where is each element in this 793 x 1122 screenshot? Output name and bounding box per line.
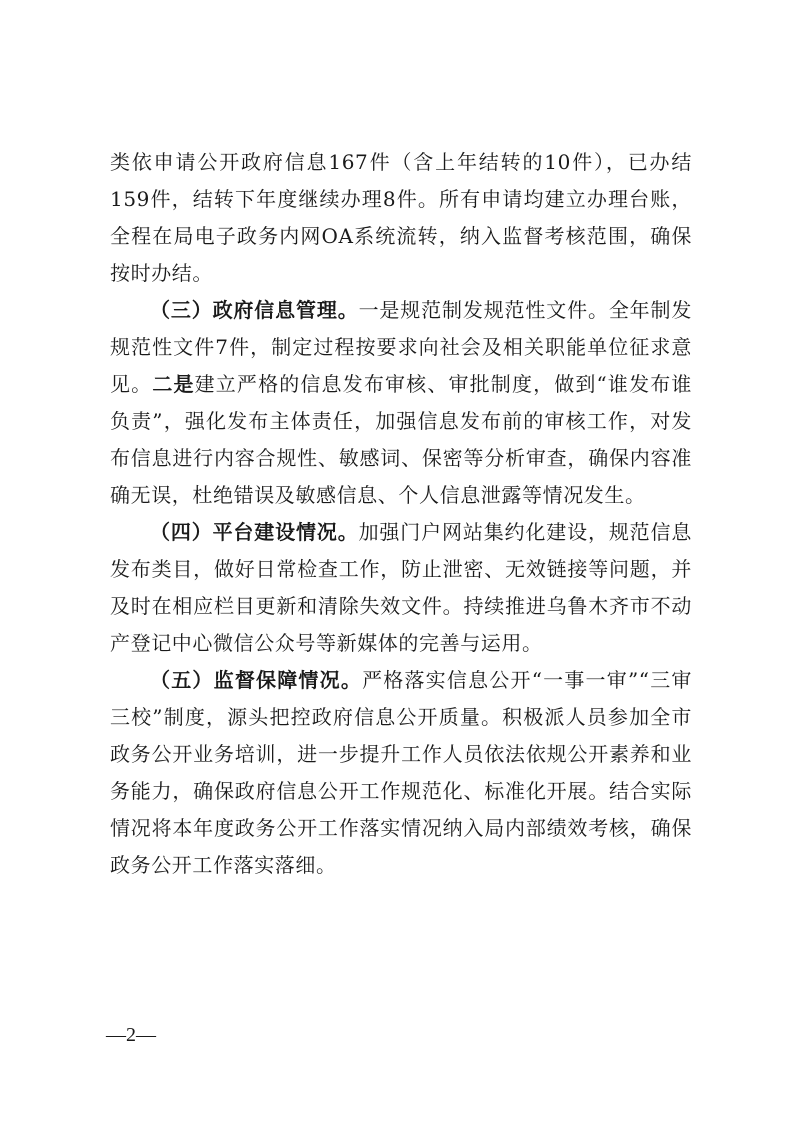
paragraph-text: 建立严格的信息发布审核、审批制度，做到“谁发布谁负责”，强化发布主体责任，加强信… — [110, 372, 692, 507]
paragraph-platform-construction: （四）平台建设情况。加强门户网站集约化建设，规范信息发布类目，做好日常检查工作，… — [110, 514, 692, 662]
paragraph-text: 严格落实信息公开“一事一审”“三审三校”制度，源头把控政府信息公开质量。积极派人… — [110, 668, 692, 877]
section-heading: （三）政府信息管理。 — [150, 298, 359, 322]
paragraph-text: 类依申请公开政府信息167件（含上年结转的10件），已办结159件，结转下年度继… — [110, 150, 692, 285]
document-page: 类依申请公开政府信息167件（含上年结转的10件），已办结159件，结转下年度继… — [0, 0, 793, 1122]
section-heading: （五）监督保障情况。 — [150, 668, 362, 692]
paragraph-info-management: （三）政府信息管理。一是规范制发规范性文件。全年制发规范性文件7件，制定过程按要… — [110, 292, 692, 514]
page-number: —2— — [106, 1024, 156, 1047]
paragraph-supervision: （五）监督保障情况。严格落实信息公开“一事一审”“三审三校”制度，源头把控政府信… — [110, 662, 692, 884]
lead-phrase: 二是 — [152, 372, 194, 396]
section-heading: （四）平台建设情况。 — [150, 520, 359, 544]
paragraph-application-stats: 类依申请公开政府信息167件（含上年结转的10件），已办结159件，结转下年度继… — [110, 144, 692, 292]
document-body: 类依申请公开政府信息167件（含上年结转的10件），已办结159件，结转下年度继… — [110, 144, 692, 884]
